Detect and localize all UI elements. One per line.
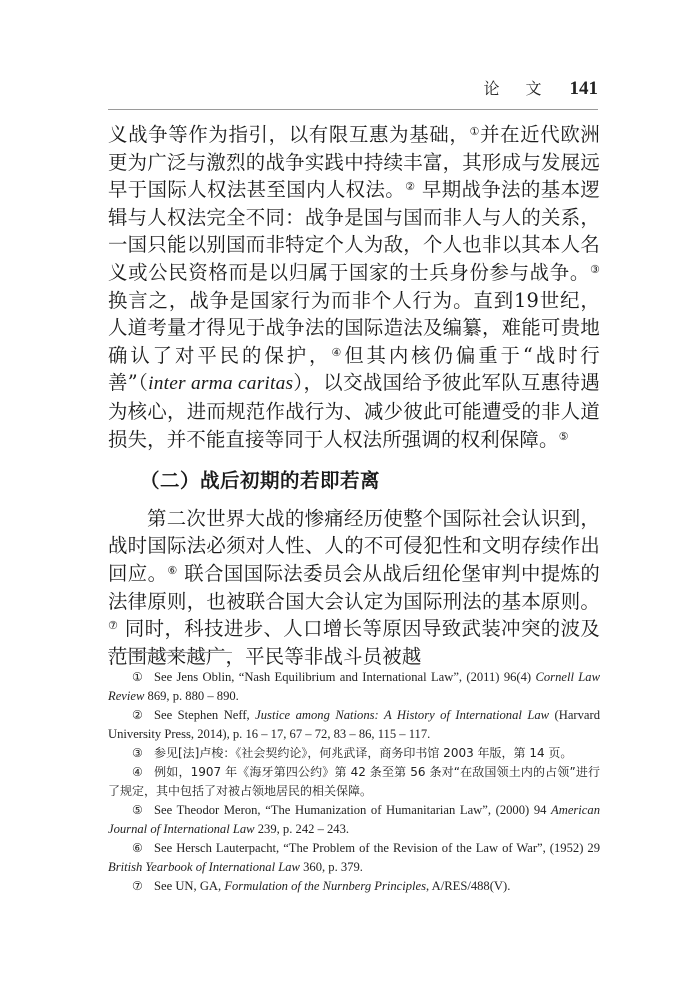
footnote-ref-5[interactable]: ⑤ [559,430,569,443]
footnote-ref-1[interactable]: ① [469,125,480,138]
footnote-ref-3[interactable]: ③ [590,263,600,276]
text-run: 例如，1907 年《海牙第四公约》第 42 条至第 56 条对“在敌国领土内的占… [108,765,600,798]
footnote-5: ⑤See Theodor Meron, “The Humanization of… [108,801,600,839]
footnote-3: ③参见[法]卢梭：《社会契约论》，何兆武译，商务印书馆 2003 年版，第 14… [108,744,600,763]
text-run: 同时，科技进步、人口增长等原因导致武装冲突的波及范围越来越广，平民等非战斗员被越 [108,617,600,668]
footnote-mark: ⑥ [132,839,154,858]
footnote-6: ⑥See Hersch Lauterpacht, “The Problem of… [108,839,600,877]
footnote-mark: ③ [132,744,154,763]
text-run: 869, p. 880 – 890. [144,689,238,703]
text-run: 义战争等作为指引，以有限互惠为基础， [108,123,469,146]
body-text: 义战争等作为指引，以有限互惠为基础，①并在近代欧洲更为广泛与激烈的战争实践中持续… [108,121,600,670]
source-title: British Yearbook of International Law [108,860,300,874]
footnote-ref-4[interactable]: ④ [331,346,344,359]
text-run: See Jens Oblin, “Nash Equilibrium and In… [154,670,535,684]
page-number: 141 [570,78,599,100]
footnote-7: ⑦See UN, GA, Formulation of the Nurnberg… [108,877,600,896]
latin-term: inter arma caritas [148,373,293,394]
text-run: 联合国国际法委员会从战后纽伦堡审判中提炼的法律原则，也被联合国大会认定为国际刑法… [108,562,600,613]
footnote-4: ④例如，1907 年《海牙第四公约》第 42 条至第 56 条对“在敌国领土内的… [108,763,600,801]
source-title: Formulation of the Nurnberg Principles [224,879,426,893]
document-page: 论文 141 义战争等作为指引，以有限互惠为基础，①并在近代欧洲更为广泛与激烈的… [0,0,700,993]
footnotes: ①See Jens Oblin, “Nash Equilibrium and I… [108,668,600,896]
footnote-mark: ⑦ [132,877,154,896]
footnote-mark: ② [132,706,154,725]
text-run: See Hersch Lauterpacht, “The Problem of … [154,841,600,855]
footnote-mark: ⑤ [132,801,154,820]
footnote-mark: ① [132,668,154,687]
text-run: , A/RES/488(V). [426,879,510,893]
text-run: 239, p. 242 – 243. [255,822,349,836]
paragraph-2: 第二次世界大战的惨痛经历使整个国际社会认识到，战时国际法必须对人性、人的不可侵犯… [108,505,600,671]
text-run: See UN, GA, [154,879,224,893]
footnote-mark: ④ [132,763,154,782]
text-run: See Theodor Meron, “The Humanization of … [154,803,551,817]
paragraph-1: 义战争等作为指引，以有限互惠为基础，①并在近代欧洲更为广泛与激烈的战争实践中持续… [108,121,600,453]
footnote-2: ②See Stephen Neff, Justice among Nations… [108,706,600,744]
footnote-ref-2[interactable]: ② [405,180,415,193]
text-run: 参见[法]卢梭：《社会契约论》，何兆武译，商务印书馆 2003 年版，第 14 … [154,746,572,760]
footnote-divider [108,652,232,653]
text-run: 360, p. 379. [300,860,363,874]
footnote-ref-7[interactable]: ⑦ [108,619,118,632]
source-title: Justice among Nations: A History of Inte… [255,708,549,722]
header-divider [108,109,598,110]
running-head: 论文 141 [483,76,598,100]
footnote-1: ①See Jens Oblin, “Nash Equilibrium and I… [108,668,600,706]
footnote-ref-6[interactable]: ⑥ [167,564,177,577]
section-heading: （二）战后初期的若即若离 [140,467,600,495]
text-run: See Stephen Neff, [154,708,255,722]
running-head-section: 论文 [483,76,567,99]
